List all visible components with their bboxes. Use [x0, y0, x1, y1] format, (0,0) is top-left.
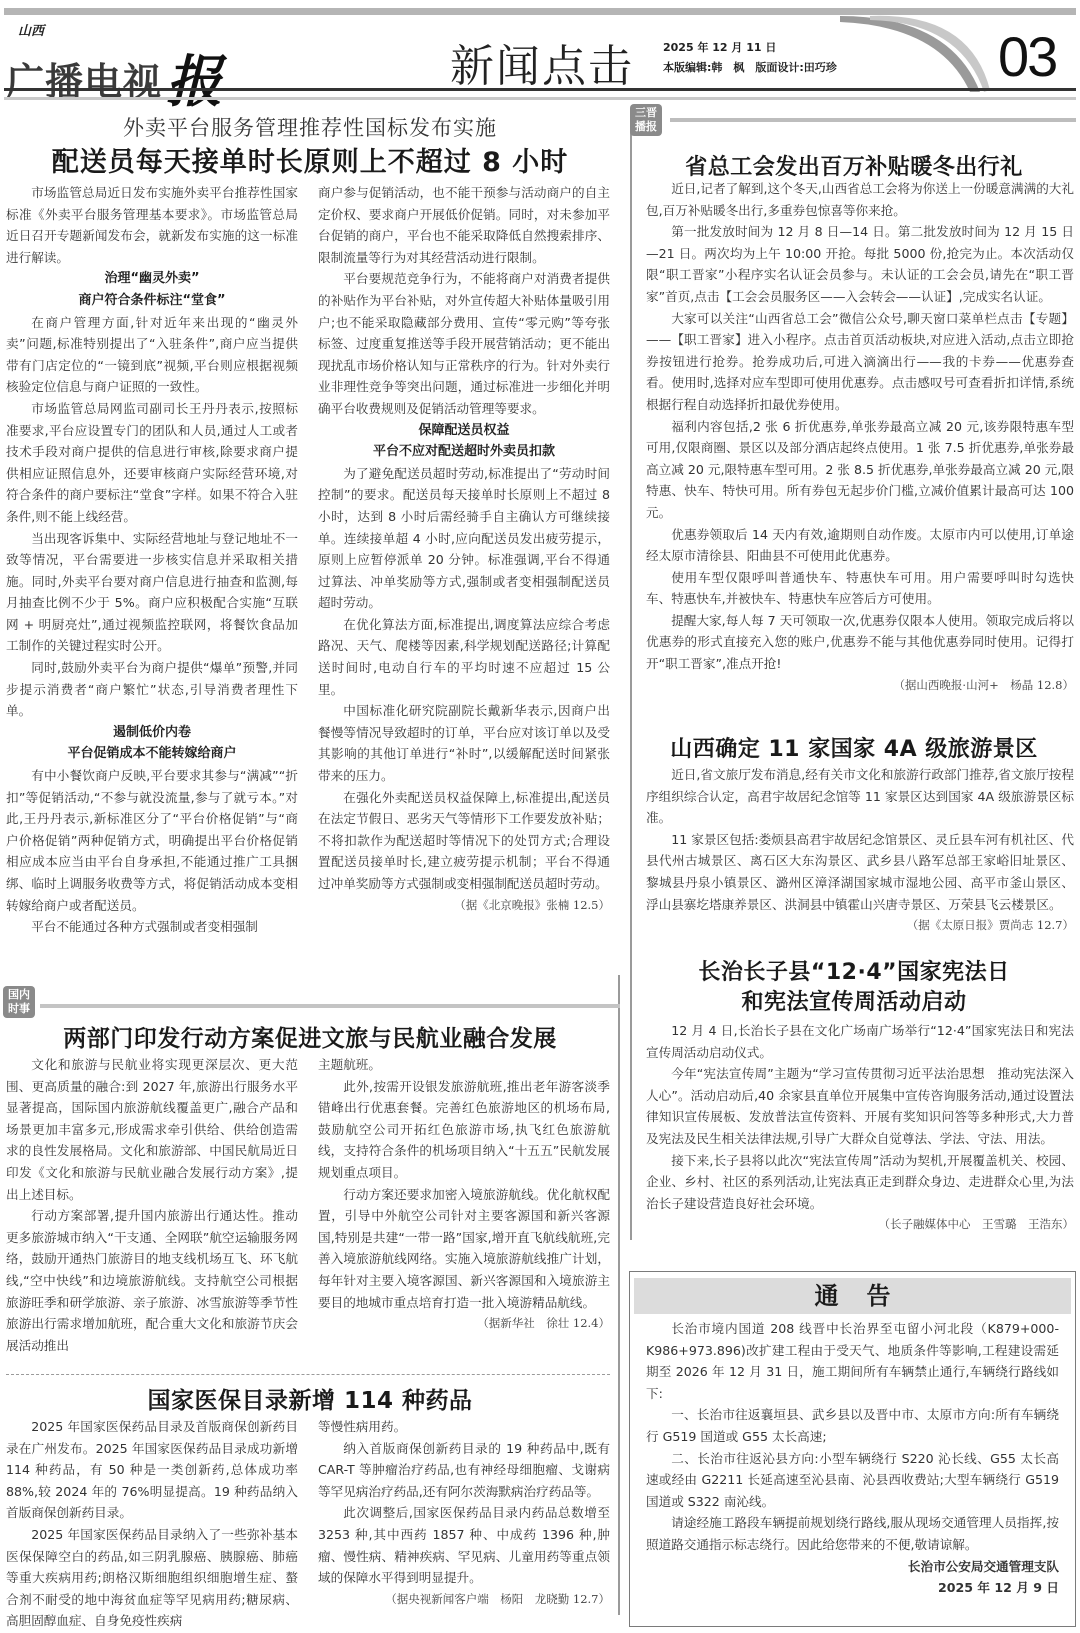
constitution-body: 12 月 4 日,长治长子县在文化广场南广场举行“12·4”国家宪法日和宪法宣传…	[646, 1020, 1074, 1236]
section-rule	[40, 1004, 620, 1008]
masthead-logo: 广播电视报	[6, 32, 223, 112]
notice-box: 通告 长治市境内国道 208 线晋中长治界至屯留小河北段（K879+000-K9…	[629, 1271, 1076, 1627]
notice-date: 2025 年 12 月 9 日	[646, 1577, 1059, 1599]
constitution-headline: 长治长子县“12·4”国家宪法日 和宪法宣传周活动启动	[632, 958, 1076, 1018]
4a-headline: 山西确定 11 家国家 4A 级旅游景区	[632, 732, 1076, 763]
decorative-swoosh-icon	[830, 12, 990, 92]
sanjin-tag-rule	[670, 118, 1076, 122]
waimai-headline: 配送员每天接单时长原则上不超过 8 小时	[0, 140, 620, 179]
aviation-col1: 文化和旅游与民航业将实现更深层次、更大范围、更高质量的融合:到 2027 年,旅…	[6, 1054, 298, 1356]
masthead-rule-thin	[4, 97, 1076, 100]
medical-col1: 2025 年国家医保药品目录及首版商保创新药目录在广州发布。2025 年国家医保…	[6, 1416, 298, 1632]
sanjin-section-tag: 三晋 播报	[630, 104, 662, 136]
waimai-kicker: 外卖平台服务管理推荐性国标发布实施	[0, 112, 620, 142]
medical-headline: 国家医保目录新增 114 种药品	[0, 1382, 620, 1415]
aviation-col2: 主题航班。 此外,按需开设银发旅游航班,推出老年游客淡季错峰出行优惠套餐。完善红…	[318, 1054, 610, 1335]
4a-body: 近日,省文旅厅发布消息,经有关市文化和旅游行政部门推荐,省文旅厅按程序组织综合认…	[646, 764, 1074, 937]
masthead-rule	[4, 88, 1076, 91]
notice-body: 长治市境内国道 208 线晋中长治界至屯留小河北段（K879+000-K986+…	[630, 1318, 1075, 1599]
union-body: 近日,记者了解到,这个冬天,山西省总工会将为你送上一份暖意满满的大礼包,百万补贴…	[646, 178, 1074, 696]
editors-credit: 本版编辑:韩 枫 版面设计:田巧珍	[663, 58, 837, 78]
column-divider	[630, 130, 632, 1240]
dateline: 2025 年 12 月 11 日 本版编辑:韩 枫 版面设计:田巧珍	[663, 38, 837, 78]
waimai-col2: 商户参与促销活动，也不能干预参与活动商户的自主定价权、要求商户开展低价促销。同时…	[318, 182, 610, 916]
notice-title: 通告	[634, 1278, 1071, 1314]
medical-col2: 等慢性病用药。 纳入首版商保创新药目录的 19 种药品中,既有 CAR-T 等肿…	[318, 1416, 610, 1610]
waimai-col1: 市场监管总局近日发布实施外卖平台推荐性国家标准《外卖平台服务管理基本要求》。市场…	[6, 182, 298, 938]
aviation-headline: 两部门印发行动方案促进文旅与民航业融合发展	[0, 1020, 620, 1053]
issue-date: 2025 年 12 月 11 日	[663, 38, 837, 58]
page-number: 03	[998, 24, 1056, 89]
guonei-section-tag: 国内 时事	[3, 986, 35, 1018]
dashed-separator	[6, 1374, 610, 1375]
paper-name-big-char: 报	[166, 49, 223, 115]
union-headline: 省总工会发出百万补贴暖冬出行礼	[632, 150, 1076, 181]
notice-issuer: 长治市公安局交通管理支队	[646, 1556, 1059, 1578]
section-title: 新闻点击	[450, 30, 634, 94]
column-divider-lower	[618, 975, 620, 1615]
